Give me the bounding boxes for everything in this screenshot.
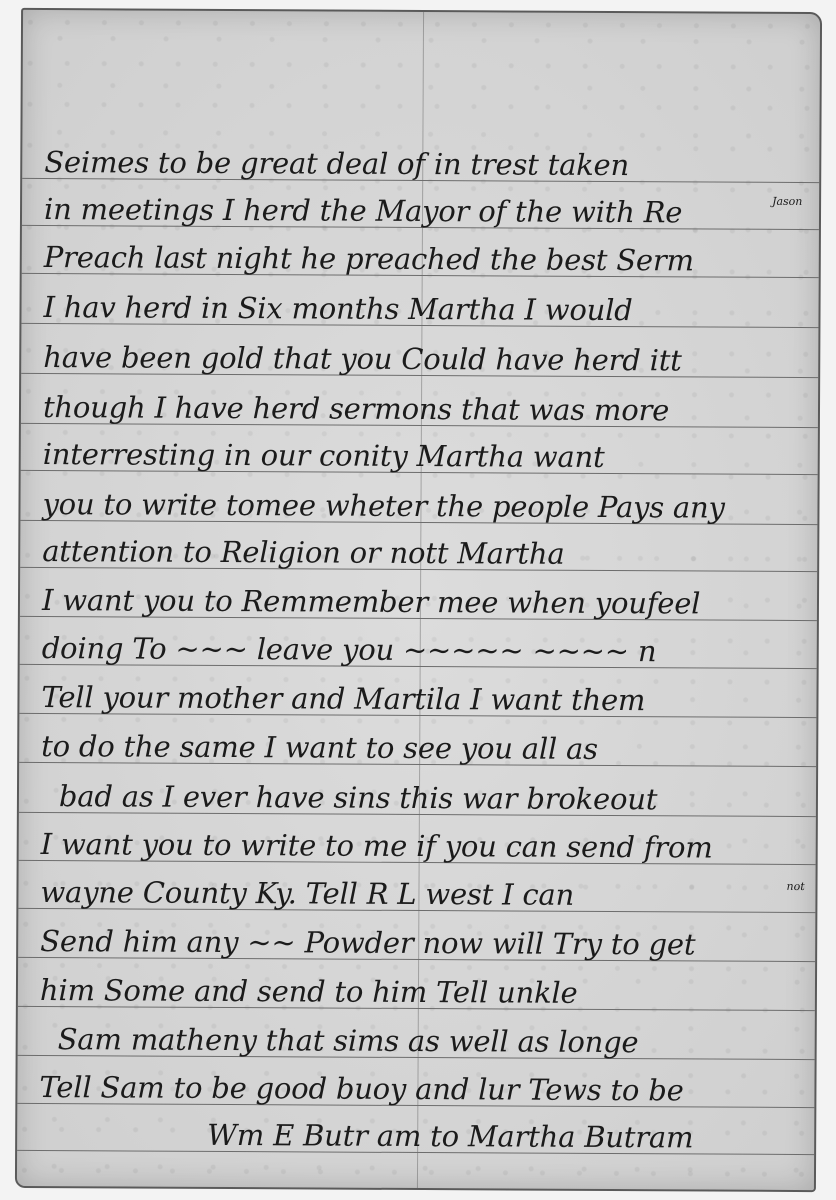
letter-line-14: bad as I ever have sins this war brokeou… (59, 776, 806, 820)
letter-line-10: I want you to Remmember mee when youfeel (42, 580, 807, 624)
letter-line-12: Tell your mother and Martila I want them (41, 677, 806, 721)
letter-line-17: Send him any ~~ Powder now will Try to g… (40, 921, 805, 965)
letter-line-11: doing To ~~~ leave you ~~~~~ ~~~~ n (42, 628, 807, 672)
signature-line: Wm E Butr am to Martha Butram (207, 1115, 804, 1158)
letter-line-19: Sam matheny that sims as well as longe (58, 1019, 805, 1063)
letter-line-3: Preach last night he preached the best S… (44, 237, 809, 281)
letter-line-1: Seimes to be great deal of in trest take… (44, 142, 809, 186)
letter-line-16: wayne County Ky. Tell R L west I can (40, 872, 805, 916)
letter-line-9: attention to Religion or nott Martha (42, 531, 807, 575)
letter-line-13: to do the same I want to see you all as (41, 726, 806, 770)
letter-line-4: I hav herd in Six months Martha I would (43, 287, 808, 331)
letter-line-5: have been gold that you Could have herd … (43, 337, 808, 381)
letter-line-6: though I have herd sermons that was more (43, 387, 808, 431)
letter-line-20: Tell Sam to be good buoy and lur Tews to… (39, 1067, 804, 1111)
letter-line-8: you to write tomee wheter the people Pay… (42, 484, 807, 528)
letter-line-15: I want you to write to me if you can sen… (41, 824, 806, 868)
letter-page: Seimes to be great deal of in trest take… (15, 8, 822, 1192)
superscript-note: Jason (772, 195, 802, 208)
letter-line-2: in meetings I herd the Mayor of the with… (44, 189, 809, 233)
superscript-note: not (786, 880, 804, 893)
letter-line-7: interresting in our conity Martha want (43, 434, 808, 478)
letter-line-18: him Some and send to him Tell unkle (40, 970, 805, 1014)
